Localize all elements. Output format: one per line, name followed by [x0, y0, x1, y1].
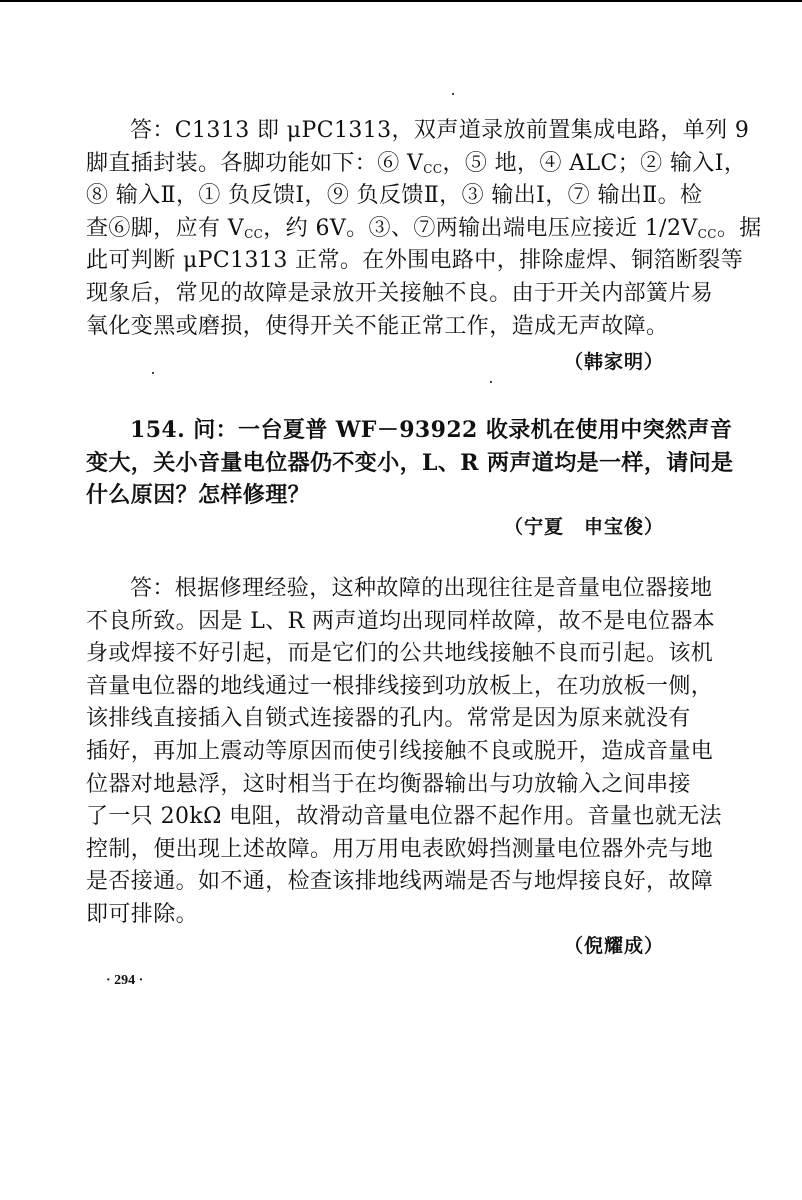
- text-line: 答：根据修理经验，这种故障的出现往往是音量电位器接地: [86, 573, 666, 606]
- text-line: 查⑥脚，应有 VCC，约 6V。③、⑦两输出端电压应接近 1/2VCC。据: [86, 213, 666, 246]
- text-line: 是否接通。如不通，检查该排地线两端是否与地焊接良好，故障: [86, 866, 666, 899]
- answer-paragraph-1: 答：C1313 即 μPC1313，双声道录放前置集成电路，单列 9 脚直插封装…: [86, 115, 666, 343]
- text-line: 位器对地悬浮，这时相当于在均衡器输出与功放输入之间串接: [86, 769, 666, 802]
- scan-speck: [452, 93, 454, 95]
- question-154: 154. 问：一台夏普 WF－93922 收录机在使用中突然声音 变大，关小音量…: [86, 414, 666, 512]
- text-line: 此可判断 μPC1313 正常。在外围电路中，排除虚焊、铜箔断裂等: [86, 245, 666, 278]
- top-border-rule: [0, 0, 802, 2]
- text-line: 154. 问：一台夏普 WF－93922 收录机在使用中突然声音: [86, 414, 666, 447]
- author-credit-2: （宁夏 申宝俊）: [504, 515, 664, 539]
- text-line: 身或焊接不好引起，而是它们的公共地线接触不良而引起。该机: [86, 638, 666, 671]
- text-line: ⑧ 输入Ⅱ，① 负反馈Ⅰ，⑨ 负反馈Ⅱ，③ 输出Ⅰ，⑦ 输出Ⅱ。检: [86, 180, 666, 213]
- text-line: 脚直插封装。各脚功能如下：⑥ VCC，⑤ 地，④ ALC；② 输入Ⅰ，: [86, 148, 666, 181]
- text-line: 氧化变黑或磨损，使得开关不能正常工作，造成无声故障。: [86, 311, 666, 344]
- text-line: 控制，便出现上述故障。用万用电表欧姆挡测量电位器外壳与地: [86, 834, 666, 867]
- text-line: 现象后，常见的故障是录放开关接触不良。由于开关内部簧片易: [86, 278, 666, 311]
- text-line: 插好，再加上震动等原因而使引线接触不良或脱开，造成音量电: [86, 736, 666, 769]
- text-line: 该排线直接插入自锁式连接器的孔内。常常是因为原来就没有: [86, 703, 666, 736]
- scan-speck: [152, 372, 154, 374]
- text-line: 了一只 20kΩ 电阻，故滑动音量电位器不起作用。音量也就无法: [86, 801, 666, 834]
- text-line: 什么原因？怎样修理？: [86, 479, 666, 512]
- text-line: 不良所致。因是 L、R 两声道均出现同样故障，故不是电位器本: [86, 606, 666, 639]
- author-credit-1: （韩家明）: [564, 350, 664, 374]
- answer-paragraph-2: 答：根据修理经验，这种故障的出现往往是音量电位器接地 不良所致。因是 L、R 两…: [86, 573, 666, 932]
- text-line: 答：C1313 即 μPC1313，双声道录放前置集成电路，单列 9: [86, 115, 666, 148]
- page-number: · 294 ·: [106, 973, 143, 989]
- scan-speck: [490, 381, 492, 383]
- text-line: 变大，关小音量电位器仍不变小，L、R 两声道均是一样，请问是: [86, 447, 666, 480]
- text-line: 即可排除。: [86, 899, 666, 932]
- author-credit-3: （倪耀成）: [564, 934, 664, 958]
- text-line: 音量电位器的地线通过一根排线接到功放板上，在功放板一侧，: [86, 671, 666, 704]
